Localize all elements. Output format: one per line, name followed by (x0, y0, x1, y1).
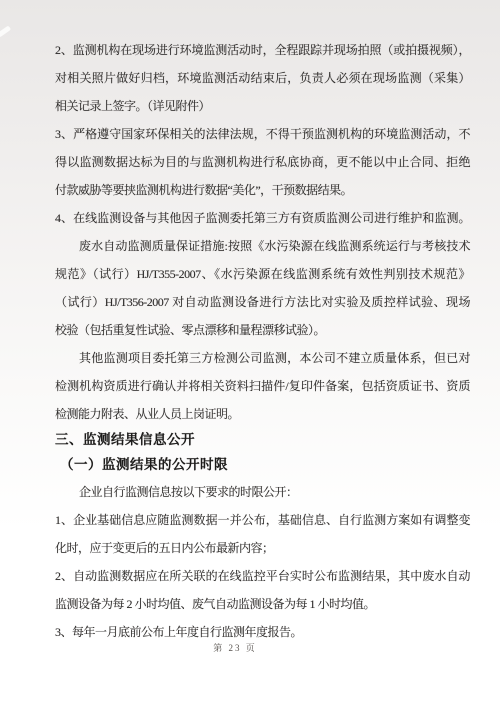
body-line: 4、在线监测设备与其他因子监测委托第三方有资质监测公司进行维护和监测。 (55, 204, 470, 232)
body-line: 监测设备为每 2 小时均值、废气自动监测设备为每 1 小时均值。 (55, 590, 470, 618)
body-line: 3、严格遵守国家环保相关的法律法规，不得干预监测机构的环境监测活动，不 (55, 120, 470, 148)
body-line: 相关记录上签字。（详见附件） (55, 92, 470, 120)
section-heading: 三、监测结果信息公开 (55, 428, 470, 452)
body-line: 化时，应于变更后的五日内公布最新内容； (55, 534, 470, 562)
body-line: 1、企业基础信息应随监测数据一并公布，基础信息、自行监测方案如有调整变 (55, 506, 470, 534)
body-line: 校验（包括重复性试验、零点漂移和量程漂移试验）。 (55, 316, 470, 344)
subsection-heading: （一）监测结果的公开时限 (55, 452, 470, 478)
scan-artifact (0, 25, 11, 37)
body-line: 企业自行监测信息按以下要求的时限公开： (55, 478, 470, 506)
body-line: 得以监测数据达标为目的与监测机构进行私底协商，更不能以中止合同、拒绝 (55, 148, 470, 176)
document-content: 2、监测机构在现场进行环境监测活动时，全程跟踪并现场拍照（或拍摄视频）， 对相关… (55, 36, 470, 646)
body-line: 检测能力附表、从业人员上岗证明。 (55, 400, 470, 428)
scanned-document-page: 2、监测机构在现场进行环境监测活动时，全程跟踪并现场拍照（或拍摄视频）， 对相关… (0, 0, 500, 707)
body-line: 对相关照片做好归档，环境监测活动结束后，负责人必须在现场监测（采集） (55, 64, 470, 92)
body-line: 规范》（试行）HJ/T355-2007、《水污染源在线监测系统有效性判别技术规范… (55, 260, 470, 288)
body-line: 检测机构资质进行确认并将相关资料扫描件/复印件备案，包括资质证书、资质 (55, 372, 470, 400)
body-line: 2、自动监测数据应在所关联的在线监控平台实时公布监测结果，其中废水自动 (55, 562, 470, 590)
page-number: 第 23 页 (0, 641, 470, 654)
body-line: 废水自动监测质量保证措施:按照《水污染源在线监测系统运行与考核技术 (55, 232, 470, 260)
body-line: （试行）HJ/T356-2007 对自动监测设备进行方法比对实验及质控样试验、现… (55, 288, 470, 316)
body-line: 2、监测机构在现场进行环境监测活动时，全程跟踪并现场拍照（或拍摄视频）， (55, 36, 470, 64)
body-line: 其他监测项目委托第三方检测公司监测，本公司不建立质量体系，但已对 (55, 344, 470, 372)
body-line: 付款威胁等要挟监测机构进行数据“美化”，干预数据结果。 (55, 176, 470, 204)
